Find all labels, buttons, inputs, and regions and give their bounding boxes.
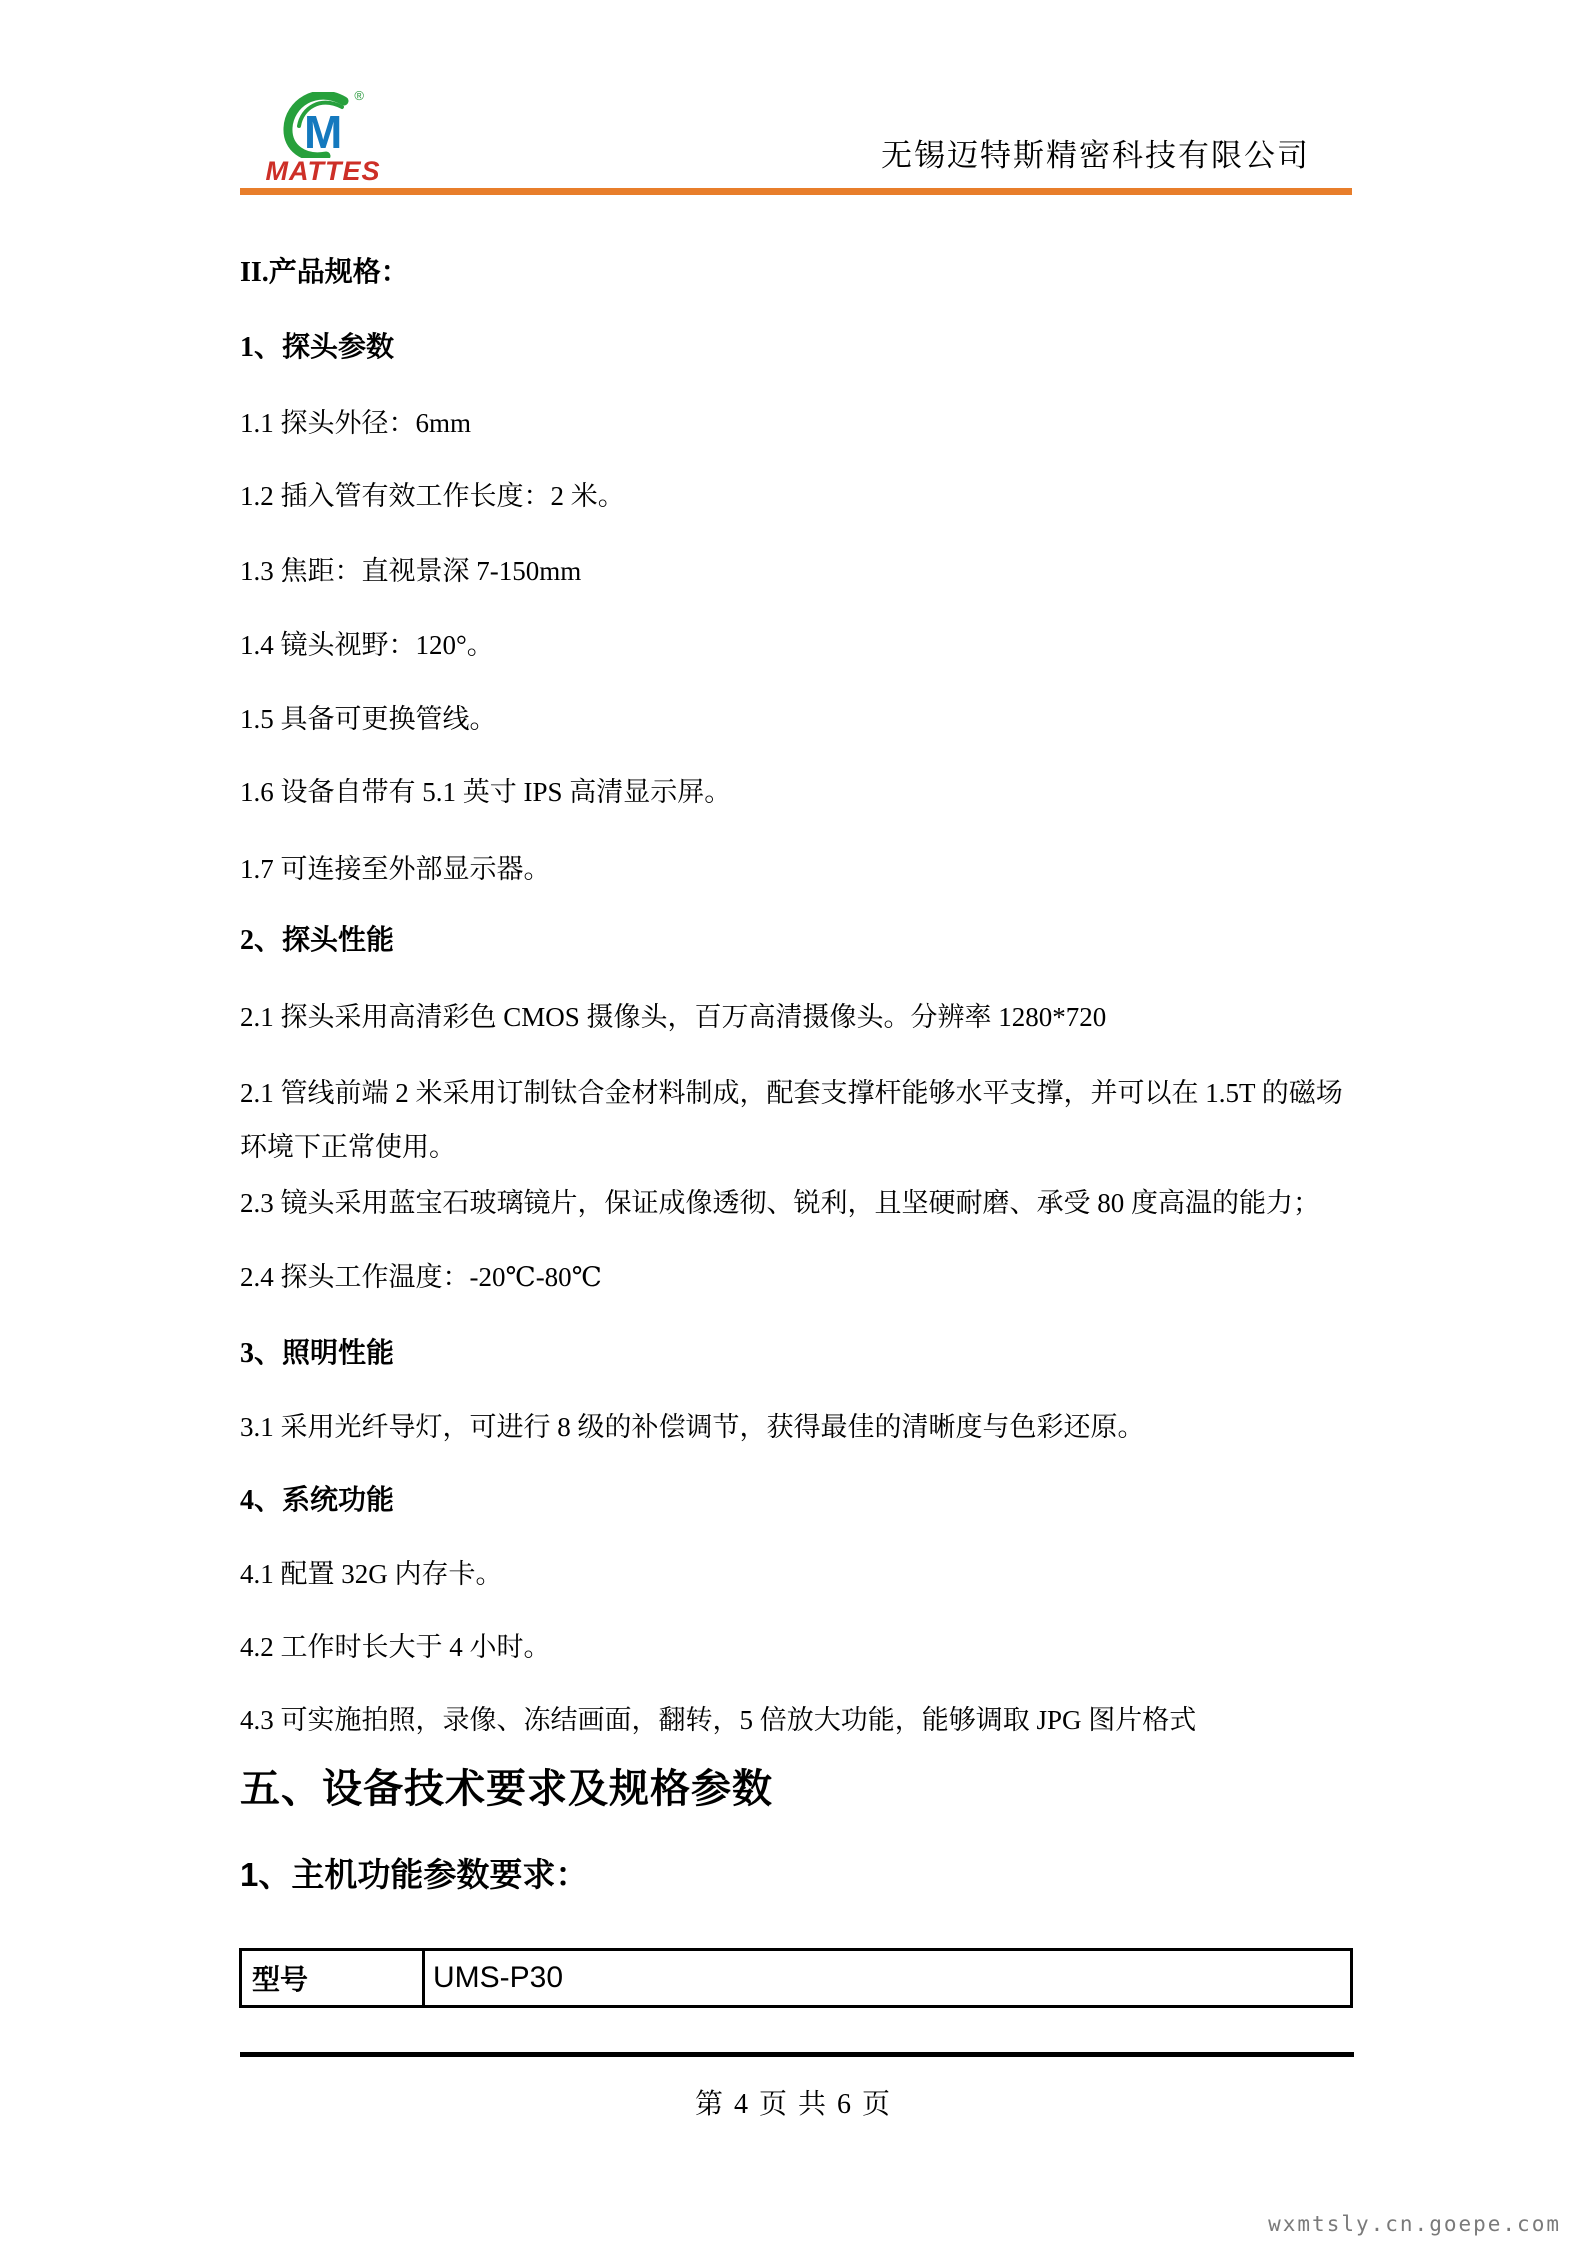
spec-line: 2.4 探头工作温度：-20℃-80℃ (240, 1260, 1354, 1294)
spec-line: 4.3 可实施拍照，录像、冻结画面，翻转，5 倍放大功能，能够调取 JPG 图片… (240, 1703, 1354, 1737)
model-value-cell: UMS-P30 (425, 1951, 1350, 2005)
spec-line: 1.1 探头外径：6mm (240, 406, 1354, 440)
section-heading-probe-performance: 2、探头性能 (240, 924, 1354, 958)
section-heading-product-spec: II.产品规格： (240, 256, 1354, 290)
company-logo: M ® MATTES (258, 92, 388, 187)
spec-line: 4.2 工作时长大于 4 小时。 (240, 1630, 1354, 1664)
model-label-cell: 型号 (242, 1951, 425, 2005)
spec-line: 2.1 管线前端 2 米采用订制钛合金材料制成，配套支撑杆能够水平支撑，并可以在… (240, 1066, 1354, 1174)
spec-line: 2.1 探头采用高清彩色 CMOS 摄像头，百万高清摄像头。分辨率 1280*7… (240, 1000, 1354, 1034)
logo-swoosh-icon: M (280, 92, 366, 158)
document-page: M ® MATTES 无锡迈特斯精密科技有限公司 II.产品规格： 1、探头参数… (0, 0, 1587, 2245)
header-rule (240, 188, 1352, 195)
page-number: 第 4 页 共 6 页 (0, 2082, 1587, 2122)
spec-line: 1.7 可连接至外部显示器。 (240, 852, 1354, 886)
subsection-heading-host-params: 1、主机功能参数要求： (240, 1858, 1354, 1892)
spec-line: 2.3 镜头采用蓝宝石玻璃镜片，保证成像透彻、锐利，且坚硬耐磨、承受 80 度高… (240, 1186, 1354, 1220)
section-heading-system-functions: 4、系统功能 (240, 1484, 1354, 1518)
watermark: wxmtsly.cn.goepe.com (1268, 2212, 1561, 2236)
spec-line: 4.1 配置 32G 内存卡。 (240, 1557, 1354, 1591)
section-heading-lighting: 3、照明性能 (240, 1337, 1354, 1371)
company-name: 无锡迈特斯精密科技有限公司 (881, 130, 1310, 175)
footer-rule (240, 2052, 1354, 2057)
spec-line: 3.1 采用光纤导灯，可进行 8 级的补偿调节，获得最佳的清晰度与色彩还原。 (240, 1410, 1354, 1444)
registered-trademark-icon: ® (354, 88, 364, 103)
logo-mark-icon: M ® (280, 92, 366, 158)
spec-line: 1.2 插入管有效工作长度：2 米。 (240, 479, 1354, 513)
spec-line: 1.5 具备可更换管线。 (240, 702, 1354, 736)
spec-line: 1.6 设备自带有 5.1 英寸 IPS 高清显示屏。 (240, 775, 1354, 809)
logo-monogram: M (304, 106, 342, 158)
spec-line: 1.3 焦距：直视景深 7-150mm (240, 554, 1354, 588)
spec-table: 型号 UMS-P30 (239, 1948, 1353, 2008)
section-heading-probe-params: 1、探头参数 (240, 331, 1354, 365)
chapter-heading-equipment-requirements: 五、设备技术要求及规格参数 (240, 1772, 1354, 1806)
spec-line: 1.4 镜头视野：120°。 (240, 628, 1354, 662)
logo-brand-text: MATTES (258, 156, 388, 187)
